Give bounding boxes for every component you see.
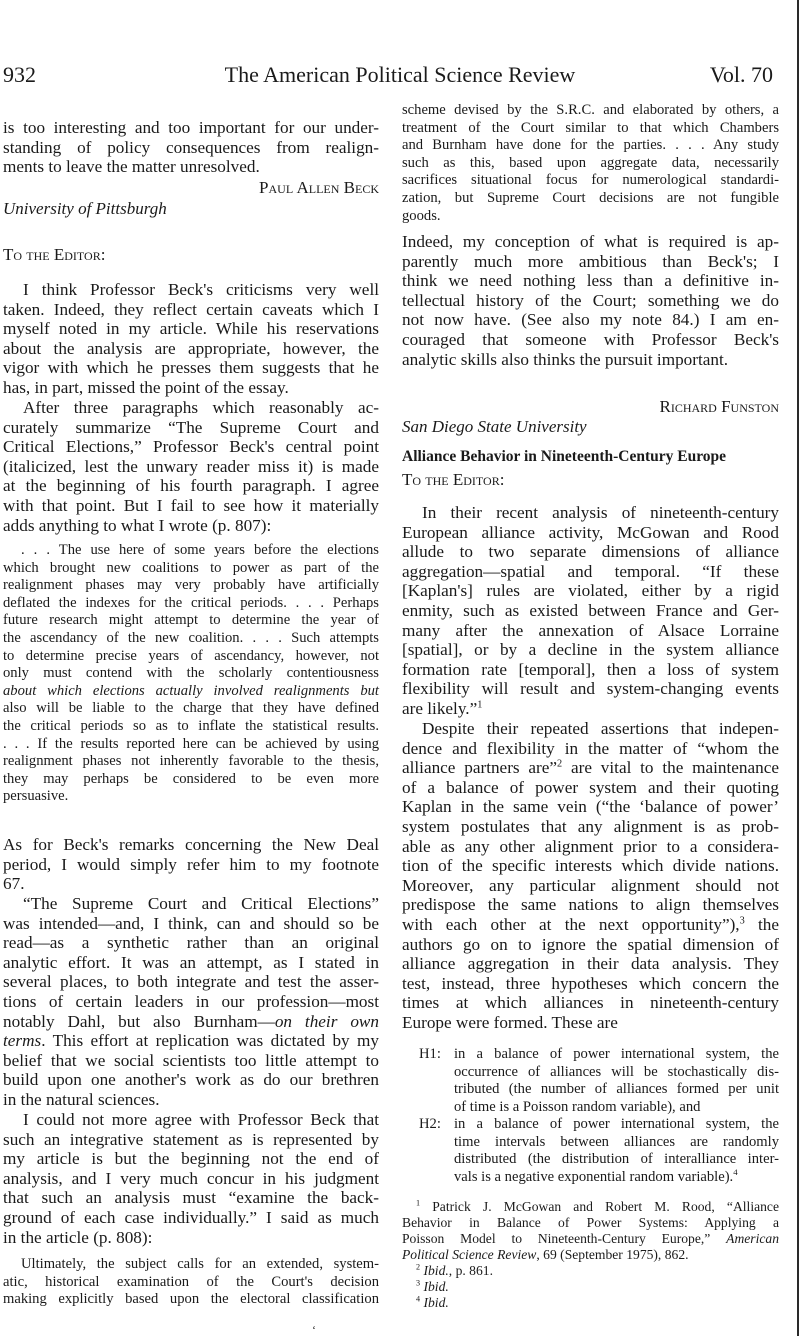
text-line: ground of each case individually.” I sai… xyxy=(3,1208,379,1228)
text-line: also will be liable to the charge that t… xyxy=(3,700,379,718)
text-line: realignment phases not inherently favora… xyxy=(3,753,379,771)
text-line: [spatial], or by a decline in the system… xyxy=(402,640,779,660)
text-line: Political Science Review, 69 (September … xyxy=(402,1247,779,1263)
text-line: allude to two separate dimensions of all… xyxy=(402,542,779,562)
stray-print-mark: ‘ xyxy=(312,1323,316,1336)
text-line: tions of certain leaders in our professi… xyxy=(3,992,379,1012)
text-line: ments to leave the matter unresolved. xyxy=(3,157,379,177)
text-line: future research might attempt to determi… xyxy=(3,612,379,630)
text-line: with that point. But I fail to see how i… xyxy=(3,496,379,516)
block-quote-p807: . . . The use here of some years before … xyxy=(3,542,379,806)
text-line: build upon one another's work as do our … xyxy=(3,1070,379,1090)
paragraph-8: Despite their repeated assertions that i… xyxy=(402,719,779,1033)
paragraph-7: In their recent analysis of nineteenth-c… xyxy=(402,503,779,719)
text-line: in the natural sciences. xyxy=(3,1090,379,1110)
text-line: European alliance activity, McGowan and … xyxy=(402,523,779,543)
text-line: is too interesting and too important for… xyxy=(3,118,379,138)
text-line: think we need nothing less than a defini… xyxy=(402,271,779,291)
text-line: the critical periods so as to inflate th… xyxy=(3,718,379,736)
text-line: As for Beck's remarks concerning the New… xyxy=(3,835,379,855)
text-line: time intervals between alliances are ran… xyxy=(454,1134,779,1152)
hypothesis-h2: H2: in a balance of power international … xyxy=(402,1116,779,1188)
text-line: in a balance of power international syst… xyxy=(454,1116,779,1134)
text-line: zation, but Supreme Court decisions are … xyxy=(402,190,779,208)
footnotes: 1 Patrick J. McGowan and Robert M. Rood,… xyxy=(402,1199,779,1311)
footnote-1: 1 Patrick J. McGowan and Robert M. Rood,… xyxy=(402,1199,779,1215)
text-line: belief that we social scientists too lit… xyxy=(3,1051,379,1071)
hypothesis-label: H2: xyxy=(419,1116,441,1134)
text-line: vigor with which he presses them suggest… xyxy=(3,358,379,378)
text-line: Europe were formed. These are xyxy=(402,1013,779,1033)
paragraph-5: I could not more agree with Professor Be… xyxy=(3,1110,379,1247)
text-line: atic, historical examination of the Cour… xyxy=(3,1274,379,1292)
signature-richard-funston: Richard Funston xyxy=(402,397,800,417)
text-line: Poisson Model to Nineteenth-Century Euro… xyxy=(402,1231,779,1247)
text-line: of a balance of power system and their q… xyxy=(402,778,779,798)
text-line: persuasive. xyxy=(3,788,379,806)
paragraph-6: Indeed, my conception of what is require… xyxy=(402,232,779,369)
footnote-2: 2 Ibid., p. 861. xyxy=(402,1263,779,1279)
text-line: in the article (p. 808): xyxy=(3,1228,379,1248)
text-line: with each other at the next opportunity”… xyxy=(402,915,779,935)
text-line: that such an analysis must “examine the … xyxy=(3,1188,379,1208)
text-line: Despite their repeated assertions that i… xyxy=(402,719,779,739)
text-line: of time is a Poisson random variable), a… xyxy=(454,1099,779,1117)
text-line: standing of policy consequences from rea… xyxy=(3,138,379,158)
section-heading: Alliance Behavior in Nineteenth-Century … xyxy=(402,447,779,467)
text-line: dence and flexibility in the matter of “… xyxy=(402,739,779,759)
text-line: distributed (the distribution of interal… xyxy=(454,1151,779,1169)
text-line: . . . The use here of some years before … xyxy=(3,542,379,560)
affiliation-university-of-pittsburgh: University of Pittsburgh xyxy=(3,199,379,219)
text-line: about the analysis are appropriate, howe… xyxy=(3,339,379,359)
footnote-4: 4 Ibid. xyxy=(402,1295,779,1311)
paragraph-3: As for Beck's remarks concerning the New… xyxy=(3,835,379,894)
text-line: such as this, based upon aggregate data,… xyxy=(402,155,779,173)
text-line: several places, to both integrate and te… xyxy=(3,972,379,992)
text-line: formation rate [temporal], then a loss o… xyxy=(402,660,779,680)
text-line: goods. xyxy=(402,208,779,226)
text-line: was intended—and, I think, can and shoul… xyxy=(3,914,379,934)
text-line: Kaplan in the same vein (“the ‘balance o… xyxy=(402,797,779,817)
text-line: authors go on to ignore the spatial dime… xyxy=(402,935,779,955)
text-line: deflated the indexes for the critical pe… xyxy=(3,595,379,613)
text-line: test, instead, three hypotheses which co… xyxy=(402,974,779,994)
text-line: the ascendancy of the new coalition. . .… xyxy=(3,630,379,648)
emphasis: on their own xyxy=(275,1012,379,1031)
text-line: After three paragraphs which reasonably … xyxy=(3,398,379,418)
text-line: couraged that someone with Professor Bec… xyxy=(402,330,779,350)
text-line: aggregation—spatial and temporal. “If th… xyxy=(402,562,779,582)
journal-name-italic: Political Science Review xyxy=(402,1247,536,1262)
text-line: such an integrative statement as is repr… xyxy=(3,1130,379,1150)
footnote-ref-1[interactable]: 1 xyxy=(477,699,482,710)
salutation-to-the-editor-2: To the Editor: xyxy=(402,470,779,490)
paragraph-1: I think Professor Beck's criticisms very… xyxy=(3,280,379,398)
text-line: making explicitly based upon the elector… xyxy=(3,1291,379,1309)
text-line: (italicized, lest the unwary reader miss… xyxy=(3,457,379,477)
emphasis: terms xyxy=(3,1031,41,1050)
text-line: at the beginning of his fourth paragraph… xyxy=(3,476,379,496)
affiliation-san-diego-state: San Diego State University xyxy=(402,417,779,437)
text-line: to determine precise years of ascendancy… xyxy=(3,648,379,666)
salutation-to-the-editor: To the Editor: xyxy=(3,245,379,265)
text-line: only must contend with the scholarly con… xyxy=(3,665,379,683)
text-line: are likely.”1 xyxy=(402,699,779,719)
text-line: and Burnham have done for the parties. .… xyxy=(402,137,779,155)
text-line: not now have. (See also my note 84.) I a… xyxy=(402,310,779,330)
text-line: flexibility will result and system-chang… xyxy=(402,679,779,699)
text-line: terms. This effort at replication was di… xyxy=(3,1031,379,1051)
text-line: I think Professor Beck's criticisms very… xyxy=(3,280,379,300)
hypothesis-h1: H1: in a balance of power international … xyxy=(402,1046,779,1118)
page-edge-rule xyxy=(797,0,799,1336)
text-line: “The Supreme Court and Critical Election… xyxy=(3,894,379,914)
text-line: In their recent analysis of nineteenth-c… xyxy=(402,503,779,523)
text-line-italic-mixed: about which elections actually involved … xyxy=(3,683,379,701)
journal-name-italic: American xyxy=(726,1231,779,1246)
text-line: Ultimately, the subject calls for an ext… xyxy=(3,1256,379,1274)
text-line: notably Dahl, but also Burnham—on their … xyxy=(3,1012,379,1032)
journal-title: The American Political Science Review xyxy=(0,62,800,88)
text-line: tributed (the number of alliances formed… xyxy=(454,1081,779,1099)
text-line: read—as a synthetic rather than an origi… xyxy=(3,933,379,953)
text-line: Indeed, my conception of what is require… xyxy=(402,232,779,252)
paragraph-2: After three paragraphs which reasonably … xyxy=(3,398,379,535)
text-line: parently much more ambitious than Beck's… xyxy=(402,252,779,272)
text-line: adds anything to what I wrote (p. 807): xyxy=(3,516,379,536)
text-line: vals is a negative exponential random va… xyxy=(454,1169,779,1187)
text-line: taken. Indeed, they reflect certain cave… xyxy=(3,300,379,320)
text-line: enmity, such as existed between France a… xyxy=(402,601,779,621)
text-line: times at which alliances in nineteenth-c… xyxy=(402,993,779,1013)
text-line: analytic effort. It was an attempt, as I… xyxy=(3,953,379,973)
text-line: which brought new coalitions to power as… xyxy=(3,560,379,578)
text-line: analysis, and I very much concur in his … xyxy=(3,1169,379,1189)
footnote-3: 3 Ibid. xyxy=(402,1279,779,1295)
signature-paul-allen-beck: Paul Allen Beck xyxy=(3,178,403,198)
text-line: has, in part, missed the point of the es… xyxy=(3,378,379,398)
block-quote-p808-continued: scheme devised by the S.R.C. and elabora… xyxy=(402,102,779,225)
text-line: analytic skills also thinks the pursuit … xyxy=(402,350,779,370)
hypothesis-label: H1: xyxy=(419,1046,441,1064)
text-line: in a balance of power international syst… xyxy=(454,1046,779,1064)
text-line: Critical Elections,” Professor Beck's ce… xyxy=(3,437,379,457)
text-line: system postulates that any alignment is … xyxy=(402,817,779,837)
text-line: myself noted in my article. While his re… xyxy=(3,319,379,339)
text-line: sacrifices situational focus for numerol… xyxy=(402,172,779,190)
text-line: treatment of the Court similar to that w… xyxy=(402,120,779,138)
text-line: period, I would simply refer him to my f… xyxy=(3,855,379,875)
text-line: predispose the same nations to align the… xyxy=(402,895,779,915)
paragraph-4: “The Supreme Court and Critical Election… xyxy=(3,894,379,1110)
text-line: alliance aggregation in their data analy… xyxy=(402,954,779,974)
text-line: Behavior in Balance of Power Systems: Ap… xyxy=(402,1215,779,1231)
text-line: they may perhaps be considered to be eve… xyxy=(3,771,379,789)
text-line: . . . If the results reported here can b… xyxy=(3,736,379,754)
text-line: alliance partners are”2 are vital to the… xyxy=(402,758,779,778)
text-line: tion of the specific interests which div… xyxy=(402,856,779,876)
text-line: I could not more agree with Professor Be… xyxy=(3,1110,379,1130)
text-line: realignment phases may very probably hav… xyxy=(3,577,379,595)
text-line: many after the annexation of Alsace Lorr… xyxy=(402,621,779,641)
text-line: able as any other alignment prior to a c… xyxy=(402,837,779,857)
text-line: Moreover, any particular alignment shoul… xyxy=(402,876,779,896)
text-line: [Kaplan's] rules are violated, either by… xyxy=(402,581,779,601)
text-line: tellectual history of the Court; somethi… xyxy=(402,291,779,311)
block-quote-p808: Ultimately, the subject calls for an ext… xyxy=(3,1256,379,1309)
intro-paragraph: is too interesting and too important for… xyxy=(3,118,379,177)
footnote-ref-4[interactable]: 4 xyxy=(733,1167,737,1177)
text-line: scheme devised by the S.R.C. and elabora… xyxy=(402,102,779,120)
text-line: occurrence of alliances will be stochast… xyxy=(454,1064,779,1082)
text-line: curately summarize “The Supreme Court an… xyxy=(3,418,379,438)
text-line: my article is but the beginning not the … xyxy=(3,1149,379,1169)
text-line: 67. xyxy=(3,874,379,894)
volume-label: Vol. 70 xyxy=(710,62,773,88)
